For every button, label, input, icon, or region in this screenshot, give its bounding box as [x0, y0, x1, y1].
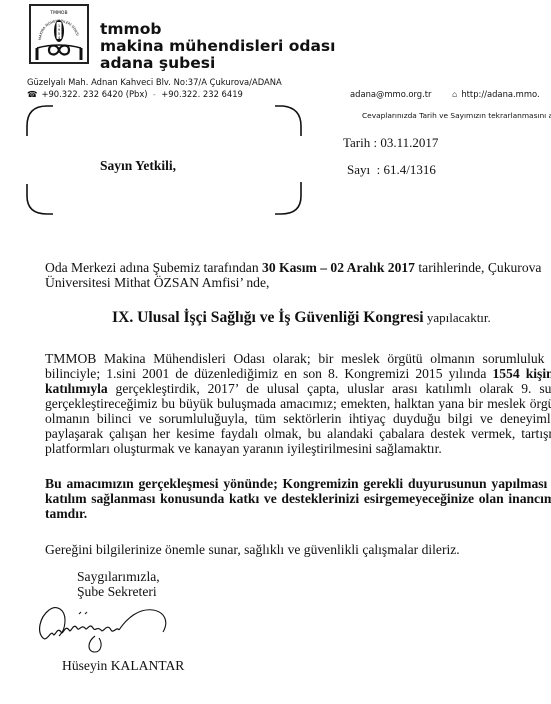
intro-text: Oda Merkezi adına Şubemiz tarafından [45, 260, 262, 275]
closing-regards: Saygılarımızla, [77, 569, 160, 584]
date-separator: : [374, 135, 378, 150]
closing-wish-paragraph: Gereğini bilgilerinize önemle sunar, sağ… [45, 542, 551, 557]
tmmob-emblem-icon: TMMOB MAKİNA MÜHENDİSLERİ ODASI 1 9 5 4 [29, 4, 89, 64]
svg-text:TMMOB: TMMOB [49, 10, 67, 16]
purpose-text: TMMOB Makina Mühendisleri Odası olarak; … [45, 351, 551, 381]
purpose-text-cont: gerçekleştirdik, 2017’ de ulusal çapta, … [45, 381, 551, 456]
phone-number: +90.322. 232 6420 (Pbx) [41, 89, 147, 99]
document-date: Tarih : 03.11.2017 [343, 135, 438, 151]
org-address: Güzelyalı Mah. Adnan Kahveci Blv. No:37/… [27, 77, 282, 87]
contact-phones: ☎+90.322. 232 6420 (Pbx) - +90.322. 232 … [27, 89, 243, 99]
fax-separator: - [153, 89, 156, 99]
event-announcement: IX. Ulusal İşçi Sağlığı ve İş Güvenliği … [112, 310, 491, 325]
purpose-paragraph: TMMOB Makina Mühendisleri Odası olarak; … [45, 351, 551, 456]
org-website: ⌂http://adana.mmo. [452, 89, 540, 99]
org-email: adana@mmo.org.tr [350, 89, 431, 99]
date-value: 03.11.2017 [380, 135, 438, 150]
website-url: http://adana.mmo. [461, 89, 539, 99]
intro-paragraph: Oda Merkezi adına Şubemiz tarafından 30 … [45, 260, 551, 290]
number-label: Sayı [347, 162, 370, 177]
signer-title: Şube Sekreteri [77, 584, 157, 599]
event-title: IX. Ulusal İşçi Sağlığı ve İş Güvenliği … [112, 309, 424, 326]
intro-text-cont: tarihlerinde, Çukurova [415, 260, 541, 275]
org-name-line-1: tmmob [100, 21, 161, 38]
salutation: Sayın Yetkili, [100, 158, 176, 174]
org-name-line-2: makina mühendisleri odası [100, 38, 335, 55]
org-name-line-3: adana şubesi [100, 55, 215, 72]
web-icon: ⌂ [452, 89, 457, 99]
telephone-icon: ☎ [27, 89, 37, 99]
number-value: 61.4/1316 [384, 162, 436, 177]
support-request-paragraph: Bu amacımızın gerçekleşmesi yönünde; Kon… [45, 476, 551, 521]
reply-reference-note: Cevaplarınızda Tarih ve Sayımızın tekrar… [362, 111, 551, 120]
event-dates: 30 Kasım – 02 Aralık 2017 [262, 260, 415, 275]
handwritten-signature-icon [35, 600, 170, 660]
fax-number: +90.322. 232 6419 [161, 89, 243, 99]
date-label: Tarih [343, 135, 370, 150]
venue-line: Üniversitesi Mithat ÖZSAN Amfisi’ nde, [45, 275, 551, 290]
number-separator: : [377, 162, 381, 177]
signer-name: Hüseyin KALANTAR [62, 658, 184, 673]
document-number: Sayı : 61.4/1316 [347, 162, 436, 178]
event-suffix: yapılacaktır. [424, 310, 491, 325]
